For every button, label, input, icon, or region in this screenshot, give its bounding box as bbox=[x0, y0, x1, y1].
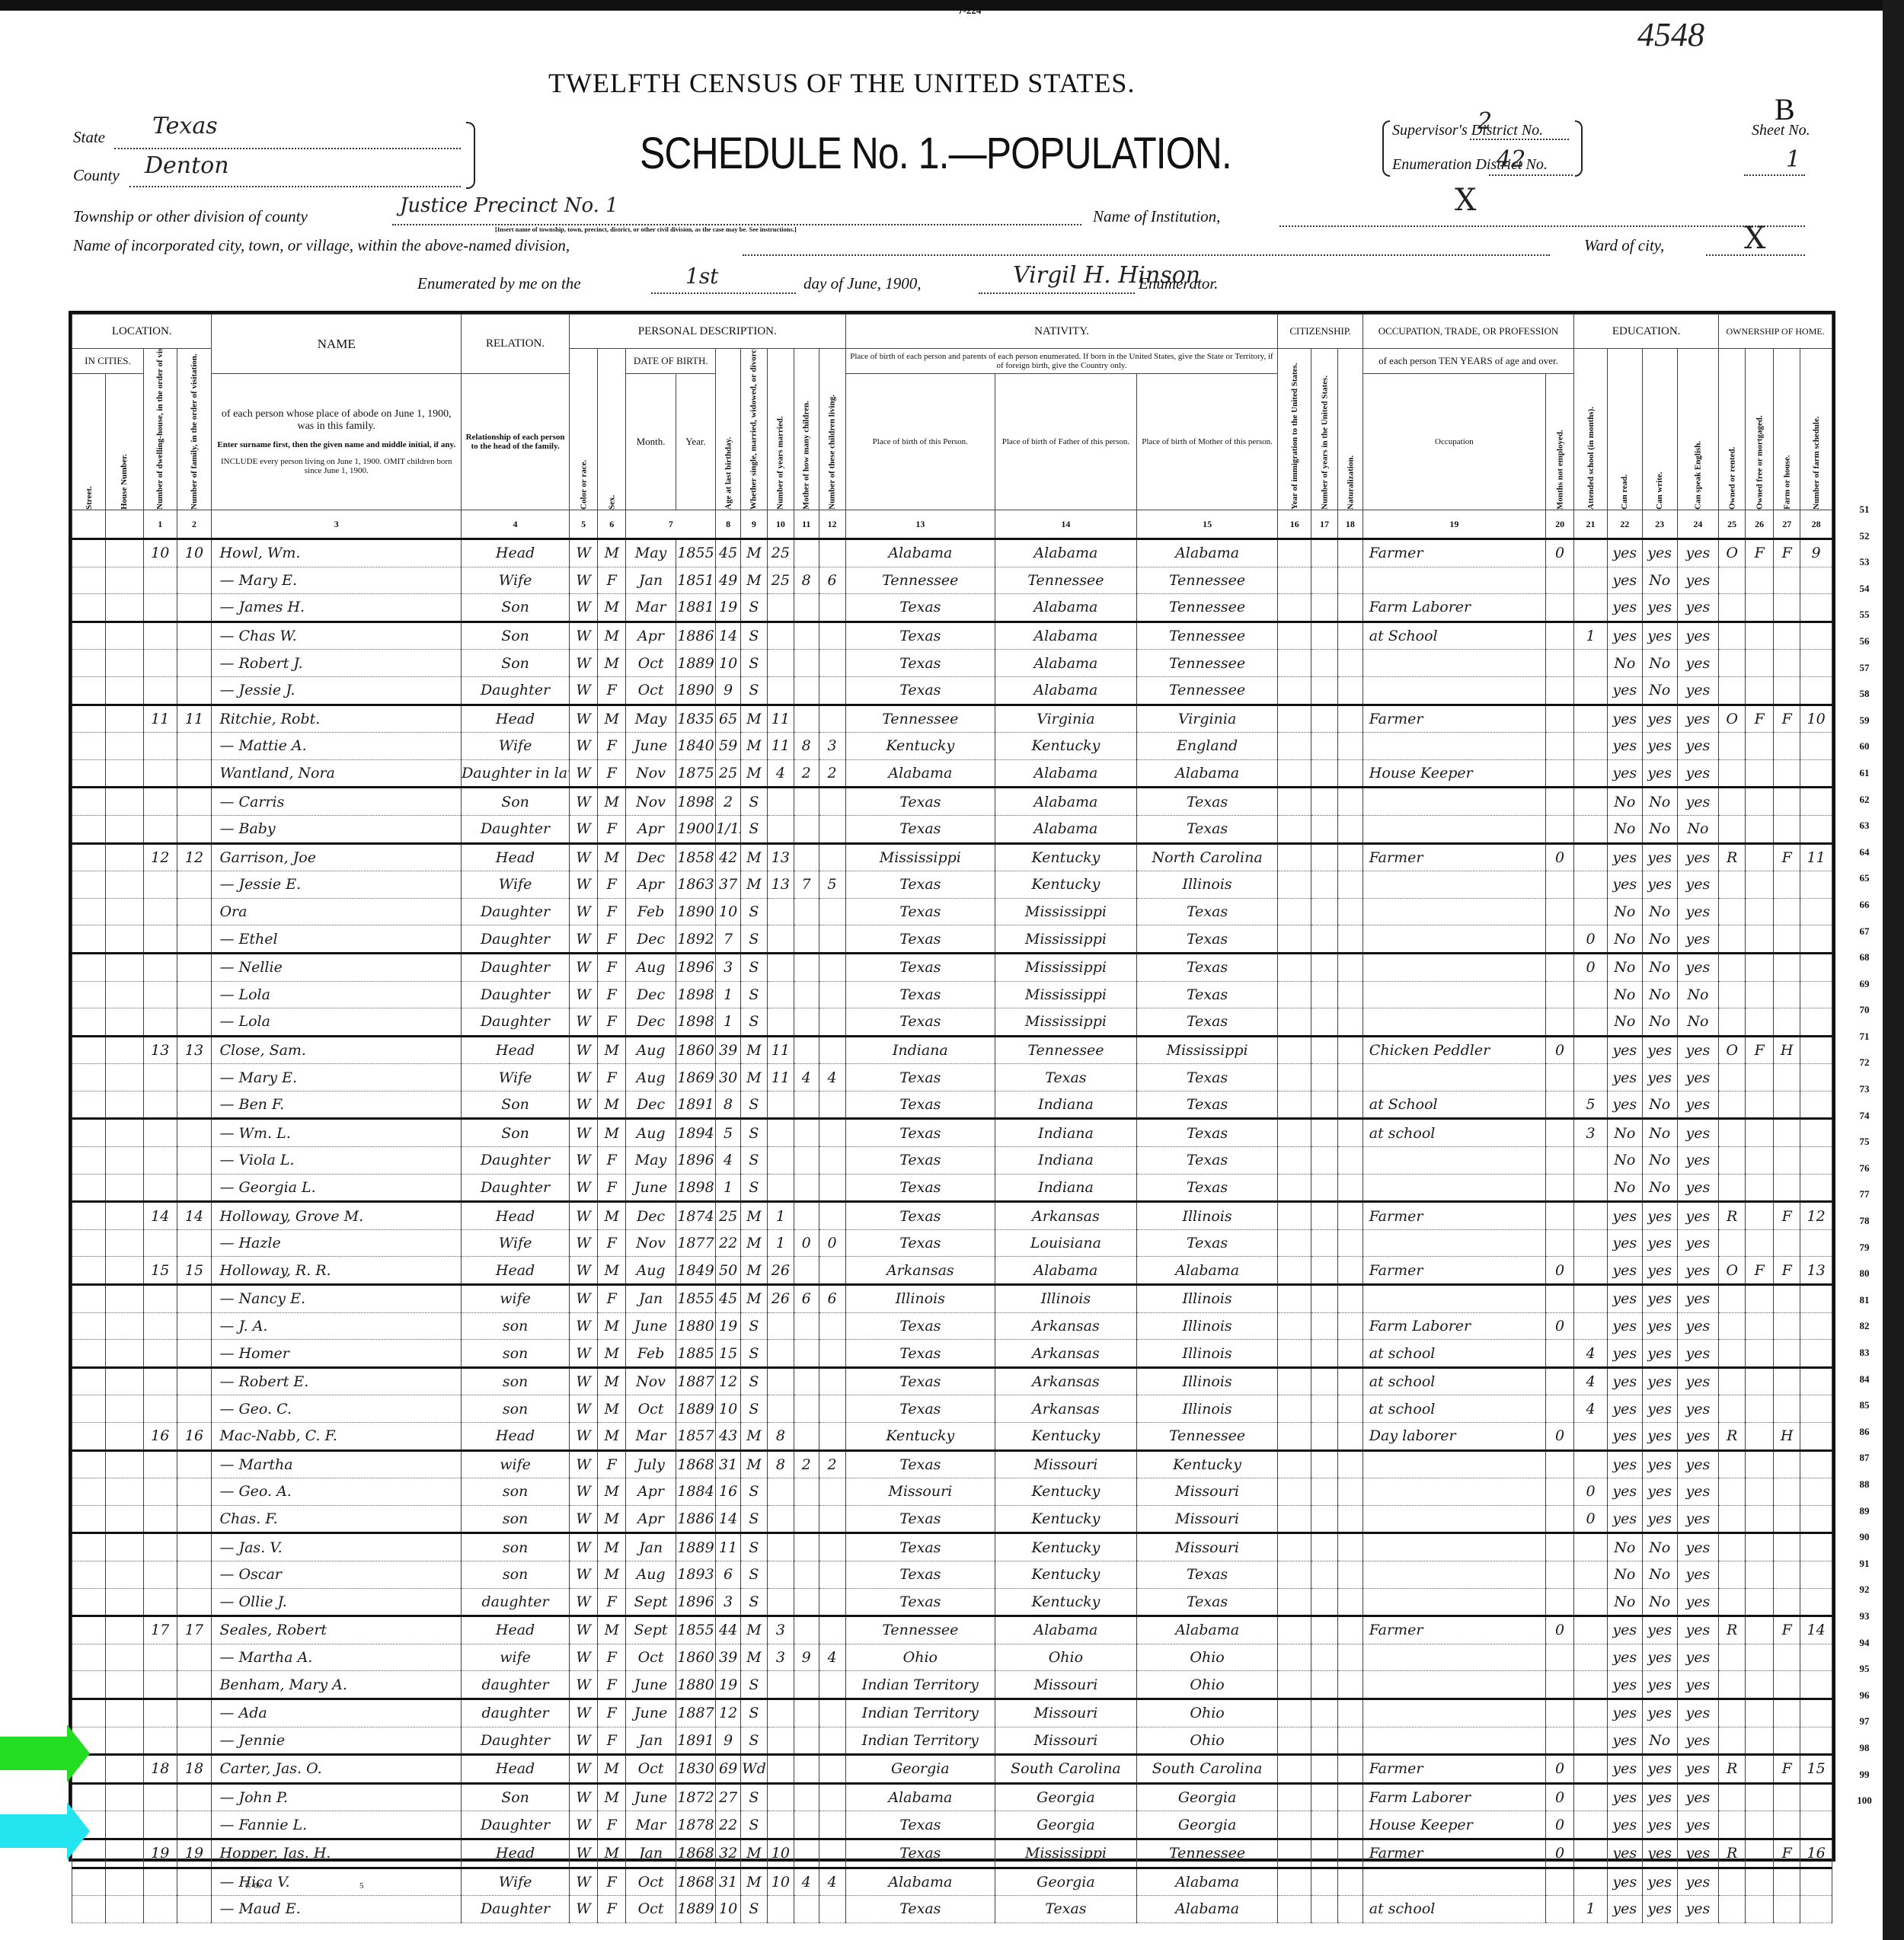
cell-birth-year: 1868 bbox=[676, 1839, 715, 1868]
table-row: — Viola L.DaughterWFMay18964STexasIndian… bbox=[72, 1147, 1832, 1175]
cell-children-living bbox=[819, 1091, 845, 1119]
cell-color-race: W bbox=[570, 1036, 598, 1064]
cell-empty bbox=[72, 1395, 106, 1423]
cell-birthplace-father: Alabama bbox=[995, 1257, 1137, 1285]
cell-sex: F bbox=[598, 1174, 626, 1202]
cell-years-married: 8 bbox=[767, 1423, 794, 1451]
cell-free-mortgaged bbox=[1746, 1727, 1774, 1755]
cell-empty bbox=[105, 1868, 143, 1896]
cell-age: 43 bbox=[716, 1423, 741, 1451]
cell-free-mortgaged bbox=[1746, 622, 1774, 650]
cell-birthplace-mother: Kentucky bbox=[1136, 1450, 1278, 1478]
cell-can-read: yes bbox=[1607, 1868, 1642, 1896]
cell-person-name: Howl, Wm. bbox=[212, 539, 462, 567]
cell-empty bbox=[105, 759, 143, 788]
cell-attended-school: 1 bbox=[1574, 1896, 1608, 1923]
cell-birthplace-father: Kentucky bbox=[995, 843, 1137, 871]
cell-owned-rented bbox=[1719, 953, 1746, 981]
cell-birthplace-person: Texas bbox=[845, 1839, 995, 1868]
cell-empty bbox=[1278, 1561, 1311, 1588]
cell-dwelling-number: 12 bbox=[143, 843, 177, 871]
table-row: 1717Seales, RobertHeadWMSept185544M3Tenn… bbox=[72, 1616, 1832, 1644]
cell-age: 39 bbox=[716, 1644, 741, 1671]
cell-months-not-employed bbox=[1546, 1008, 1574, 1037]
cell-farm-house: F bbox=[1774, 539, 1800, 567]
table-row: — OscarsonWMAug18936STexasKentuckyTexasN… bbox=[72, 1561, 1832, 1588]
cell-empty bbox=[1278, 1008, 1311, 1037]
line-number: 78 bbox=[1849, 1208, 1880, 1235]
cell-sex: F bbox=[598, 871, 626, 899]
cell-empty bbox=[72, 1505, 106, 1533]
cell-can-write: No bbox=[1642, 1533, 1677, 1561]
cell-farm-schedule-number bbox=[1800, 1811, 1832, 1839]
cell-birthplace-mother: Georgia bbox=[1136, 1811, 1278, 1839]
cell-free-mortgaged bbox=[1746, 1811, 1774, 1839]
table-row: — Georgia L.DaughterWFJune18981STexasInd… bbox=[72, 1174, 1832, 1202]
cell-color-race: W bbox=[570, 1367, 598, 1395]
cell-age: 10 bbox=[716, 1896, 741, 1923]
cell-empty bbox=[1338, 1395, 1363, 1423]
cell-relation: son bbox=[462, 1367, 570, 1395]
cell-relation: Wife bbox=[462, 1229, 570, 1257]
cell-person-name: Carter, Jas. O. bbox=[212, 1755, 462, 1784]
cell-empty bbox=[1338, 1036, 1363, 1064]
cell-relation: son bbox=[462, 1533, 570, 1561]
cell-age: 30 bbox=[716, 1064, 741, 1091]
cell-can-read: No bbox=[1607, 1533, 1642, 1561]
cell-mother-of-children bbox=[794, 1008, 819, 1037]
cell-free-mortgaged bbox=[1746, 1478, 1774, 1506]
cell-months-not-employed: 0 bbox=[1546, 1312, 1574, 1340]
cell-attended-school bbox=[1574, 843, 1608, 871]
cell-birth-month: Aug bbox=[626, 1064, 676, 1091]
colnum: 10 bbox=[767, 510, 794, 539]
cell-family-number bbox=[177, 815, 212, 843]
cell-dwelling-number: 11 bbox=[143, 705, 177, 733]
cell-can-speak-english: yes bbox=[1677, 1257, 1719, 1285]
colnum: 14 bbox=[995, 510, 1137, 539]
cell-marital-status: S bbox=[740, 1561, 767, 1588]
cell-can-write: yes bbox=[1642, 1367, 1677, 1395]
cell-empty bbox=[1338, 1147, 1363, 1175]
cell-birth-year: 1884 bbox=[676, 1478, 715, 1506]
cell-farm-house: H bbox=[1774, 1423, 1800, 1451]
cell-family-number bbox=[177, 1478, 212, 1506]
cell-birthplace-person: Texas bbox=[845, 953, 995, 981]
cell-color-race: W bbox=[570, 925, 598, 954]
cell-color-race: W bbox=[570, 1147, 598, 1175]
cell-birth-year: 1896 bbox=[676, 1588, 715, 1616]
cell-farm-house bbox=[1774, 1450, 1800, 1478]
cell-empty bbox=[1278, 1811, 1311, 1839]
cell-mother-of-children bbox=[794, 1478, 819, 1506]
cell-birth-year: 1891 bbox=[676, 1727, 715, 1755]
cell-birthplace-father: Texas bbox=[995, 1896, 1137, 1923]
cell-relation: Daughter bbox=[462, 1147, 570, 1175]
cell-years-married bbox=[767, 1896, 794, 1923]
cell-birthplace-mother: Illinois bbox=[1136, 871, 1278, 899]
cell-marital-status: M bbox=[740, 1450, 767, 1478]
cell-marital-status: M bbox=[740, 843, 767, 871]
cell-relation: Daughter bbox=[462, 1008, 570, 1037]
cell-empty bbox=[1278, 1755, 1311, 1784]
cell-empty bbox=[1278, 1727, 1311, 1755]
table-row: — Robert E.sonWMNov188712STexasArkansasI… bbox=[72, 1367, 1832, 1395]
cell-dwelling-number bbox=[143, 650, 177, 677]
cell-children-living bbox=[819, 1783, 845, 1811]
cell-birth-year: 1889 bbox=[676, 1896, 715, 1923]
enumerated-month-label: day of June, 1900, bbox=[803, 274, 922, 293]
cell-mother-of-children bbox=[794, 843, 819, 871]
cell-empty bbox=[72, 1671, 106, 1699]
cell-years-married bbox=[767, 1478, 794, 1506]
cell-relation: Head bbox=[462, 705, 570, 733]
cell-birth-month: June bbox=[626, 733, 676, 760]
cell-age: 10 bbox=[716, 1395, 741, 1423]
cell-empty bbox=[72, 759, 106, 788]
cell-farm-house bbox=[1774, 1395, 1800, 1423]
line-number: 72 bbox=[1849, 1050, 1880, 1076]
city-label: Name of incorporated city, town, or vill… bbox=[73, 236, 570, 255]
cell-dwelling-number bbox=[143, 1644, 177, 1671]
cell-person-name: — Ollie J. bbox=[212, 1588, 462, 1616]
cell-birth-month: May bbox=[626, 1147, 676, 1175]
cell-farm-house: F bbox=[1774, 1839, 1800, 1868]
cell-birthplace-father: Missouri bbox=[995, 1699, 1137, 1727]
cell-farm-house bbox=[1774, 1229, 1800, 1257]
cell-sex: F bbox=[598, 1229, 626, 1257]
cell-free-mortgaged bbox=[1746, 1202, 1774, 1230]
cell-empty bbox=[105, 1478, 143, 1506]
cell-birthplace-father: Mississippi bbox=[995, 1839, 1137, 1868]
cell-can-read: yes bbox=[1607, 1839, 1642, 1868]
cell-family-number bbox=[177, 953, 212, 981]
cell-birth-year: 1830 bbox=[676, 1755, 715, 1784]
cell-farm-house bbox=[1774, 1727, 1800, 1755]
cell-attended-school bbox=[1574, 1450, 1608, 1478]
cell-empty bbox=[105, 1755, 143, 1784]
cell-birthplace-father: Arkansas bbox=[995, 1395, 1137, 1423]
cell-mother-of-children bbox=[794, 676, 819, 705]
cell-empty bbox=[1311, 1257, 1338, 1285]
cell-can-read: yes bbox=[1607, 1395, 1642, 1423]
cell-dwelling-number bbox=[143, 981, 177, 1008]
cell-empty bbox=[1278, 1064, 1311, 1091]
cell-birthplace-person: Texas bbox=[845, 1896, 995, 1923]
cell-owned-rented bbox=[1719, 981, 1746, 1008]
cell-farm-schedule-number bbox=[1800, 1588, 1832, 1616]
cell-person-name: — Jas. V. bbox=[212, 1533, 462, 1561]
cell-age: 45 bbox=[716, 1285, 741, 1313]
cell-dwelling-number: 13 bbox=[143, 1036, 177, 1064]
cell-can-write: yes bbox=[1642, 1229, 1677, 1257]
cell-empty bbox=[1278, 1616, 1311, 1644]
cell-months-not-employed bbox=[1546, 953, 1574, 981]
cell-birthplace-person: Texas bbox=[845, 1174, 995, 1202]
table-row: — Geo. C.sonWMOct188910STexasArkansasIll… bbox=[72, 1395, 1832, 1423]
cell-color-race: W bbox=[570, 843, 598, 871]
cell-relation: Son bbox=[462, 622, 570, 650]
cell-sex: M bbox=[598, 1839, 626, 1868]
cell-mother-of-children bbox=[794, 1839, 819, 1868]
cell-birth-month: Dec bbox=[626, 843, 676, 871]
cell-person-name: — J. A. bbox=[212, 1312, 462, 1340]
cell-color-race: W bbox=[570, 1811, 598, 1839]
cell-attended-school bbox=[1574, 1174, 1608, 1202]
cell-empty bbox=[105, 622, 143, 650]
cell-age: 22 bbox=[716, 1229, 741, 1257]
cell-mother-of-children bbox=[794, 1312, 819, 1340]
cell-age: 1 bbox=[716, 981, 741, 1008]
cell-attended-school bbox=[1574, 815, 1608, 843]
cell-farm-house: F bbox=[1774, 1257, 1800, 1285]
cell-empty bbox=[72, 871, 106, 899]
cell-occupation: Farm Laborer bbox=[1363, 1312, 1545, 1340]
cell-birth-month: Oct bbox=[626, 1868, 676, 1896]
cell-can-read: No bbox=[1607, 1147, 1642, 1175]
cell-dwelling-number bbox=[143, 788, 177, 816]
cell-free-mortgaged bbox=[1746, 1839, 1774, 1868]
cell-children-living bbox=[819, 1755, 845, 1784]
cell-color-race: W bbox=[570, 1312, 598, 1340]
cell-months-not-employed bbox=[1546, 1395, 1574, 1423]
cell-color-race: W bbox=[570, 1644, 598, 1671]
cell-person-name: — Hazle bbox=[212, 1229, 462, 1257]
cell-birth-year: 1890 bbox=[676, 898, 715, 925]
enumerated-label: Enumerated by me on the bbox=[417, 274, 581, 293]
cell-marital-status: M bbox=[740, 1036, 767, 1064]
cell-age: 4 bbox=[716, 1147, 741, 1175]
cell-empty bbox=[1278, 843, 1311, 871]
cell-person-name: — Geo. C. bbox=[212, 1395, 462, 1423]
cell-dwelling-number: 17 bbox=[143, 1616, 177, 1644]
name-include-note: INCLUDE every person living on June 1, 1… bbox=[215, 457, 458, 475]
cell-children-living bbox=[819, 1257, 845, 1285]
cell-empty bbox=[105, 676, 143, 705]
cell-color-race: W bbox=[570, 1423, 598, 1451]
cell-birthplace-mother: South Carolina bbox=[1136, 1755, 1278, 1784]
col-age: Age at last birthday. bbox=[716, 349, 741, 510]
cell-color-race: W bbox=[570, 1588, 598, 1616]
cell-birth-year: 1892 bbox=[676, 925, 715, 954]
cell-birthplace-mother: Tennessee bbox=[1136, 622, 1278, 650]
cell-owned-rented bbox=[1719, 1340, 1746, 1368]
cell-mother-of-children: 7 bbox=[794, 871, 819, 899]
cell-birthplace-father: Virginia bbox=[995, 705, 1137, 733]
cell-empty bbox=[72, 1202, 106, 1230]
cell-relation: Daughter bbox=[462, 676, 570, 705]
cell-relation: Son bbox=[462, 1091, 570, 1119]
cell-birthplace-father: Missouri bbox=[995, 1671, 1137, 1699]
line-number: 68 bbox=[1849, 944, 1880, 971]
cell-farm-schedule-number bbox=[1800, 676, 1832, 705]
cell-dwelling-number bbox=[143, 1811, 177, 1839]
cell-sex: M bbox=[598, 1505, 626, 1533]
supervisor-district-value: 2 bbox=[1478, 108, 1492, 135]
cell-occupation bbox=[1363, 1671, 1545, 1699]
cell-age: 1 bbox=[716, 1174, 741, 1202]
cell-empty bbox=[1338, 1616, 1363, 1644]
cell-empty bbox=[1338, 1533, 1363, 1561]
cell-birth-month: Mar bbox=[626, 594, 676, 622]
cell-empty bbox=[1311, 1505, 1338, 1533]
cell-occupation bbox=[1363, 1008, 1545, 1037]
cell-owned-rented bbox=[1719, 1119, 1746, 1147]
cell-empty bbox=[105, 1839, 143, 1868]
cell-farm-schedule-number bbox=[1800, 1312, 1832, 1340]
cell-empty bbox=[1338, 843, 1363, 871]
cell-free-mortgaged bbox=[1746, 815, 1774, 843]
cell-farm-schedule-number bbox=[1800, 1868, 1832, 1896]
cell-sex: M bbox=[598, 622, 626, 650]
cell-relation: wife bbox=[462, 1644, 570, 1671]
cell-relation: Son bbox=[462, 1119, 570, 1147]
cell-birthplace-father: Arkansas bbox=[995, 1340, 1137, 1368]
cell-color-race: W bbox=[570, 733, 598, 760]
cell-attended-school bbox=[1574, 871, 1608, 899]
occupation-description: of each person TEN YEARS of age and over… bbox=[1363, 349, 1573, 374]
cell-empty bbox=[105, 953, 143, 981]
cell-attended-school bbox=[1574, 676, 1608, 705]
cell-color-race: W bbox=[570, 1699, 598, 1727]
cell-birthplace-father: Missouri bbox=[995, 1450, 1137, 1478]
cell-empty bbox=[1311, 539, 1338, 567]
cell-sex: F bbox=[598, 815, 626, 843]
cell-can-read: yes bbox=[1607, 871, 1642, 899]
cell-can-write: yes bbox=[1642, 1064, 1677, 1091]
cell-relation: Head bbox=[462, 1616, 570, 1644]
line-number: 86 bbox=[1849, 1419, 1880, 1446]
section-education: EDUCATION. bbox=[1574, 315, 1719, 349]
cell-farm-house bbox=[1774, 925, 1800, 954]
cell-age: 31 bbox=[716, 1450, 741, 1478]
line-number: 82 bbox=[1849, 1313, 1880, 1340]
cell-empty bbox=[72, 1008, 106, 1037]
cell-occupation bbox=[1363, 1727, 1545, 1755]
cell-can-write: No bbox=[1642, 1147, 1677, 1175]
nativity-description: Place of birth of each person and parent… bbox=[845, 349, 1278, 374]
cell-marital-status: M bbox=[740, 1423, 767, 1451]
cell-attended-school bbox=[1574, 567, 1608, 594]
cell-family-number bbox=[177, 1671, 212, 1699]
cell-birthplace-father: Illinois bbox=[995, 1285, 1137, 1313]
cell-birthplace-person: Tennessee bbox=[845, 567, 995, 594]
cell-years-married bbox=[767, 1395, 794, 1423]
cell-color-race: W bbox=[570, 1202, 598, 1230]
cell-empty bbox=[105, 1671, 143, 1699]
cell-marital-status: S bbox=[740, 1533, 767, 1561]
cell-months-not-employed bbox=[1546, 1588, 1574, 1616]
cell-age: 3 bbox=[716, 953, 741, 981]
cell-can-read: yes bbox=[1607, 1505, 1642, 1533]
census-title: TWELFTH CENSUS OF THE UNITED STATES. bbox=[548, 67, 1135, 99]
cell-relation: Head bbox=[462, 1036, 570, 1064]
cell-birthplace-mother: Virginia bbox=[1136, 705, 1278, 733]
cell-empty bbox=[72, 622, 106, 650]
cell-age: 6 bbox=[716, 1561, 741, 1588]
line-number: 62 bbox=[1849, 787, 1880, 813]
schedule-title: SCHEDULE No. 1.—POPULATION. bbox=[640, 128, 1232, 179]
cell-free-mortgaged bbox=[1746, 1616, 1774, 1644]
table-row: — James H.SonWMMar188119STexasAlabamaTen… bbox=[72, 594, 1832, 622]
cell-birth-year: 1886 bbox=[676, 1505, 715, 1533]
cell-mother-of-children bbox=[794, 1727, 819, 1755]
cell-empty bbox=[105, 788, 143, 816]
cell-farm-schedule-number bbox=[1800, 1644, 1832, 1671]
cell-age: 15 bbox=[716, 1340, 741, 1368]
cell-owned-rented bbox=[1719, 925, 1746, 954]
cell-mother-of-children: 8 bbox=[794, 567, 819, 594]
cell-can-write: No bbox=[1642, 1119, 1677, 1147]
cell-birthplace-person: Texas bbox=[845, 1811, 995, 1839]
cell-color-race: W bbox=[570, 1450, 598, 1478]
cell-birth-year: 1887 bbox=[676, 1699, 715, 1727]
cell-occupation: Chicken Peddler bbox=[1363, 1036, 1545, 1064]
cell-months-not-employed bbox=[1546, 1147, 1574, 1175]
cell-dwelling-number bbox=[143, 1312, 177, 1340]
cell-person-name: — Ada bbox=[212, 1699, 462, 1727]
cell-person-name: Ritchie, Robt. bbox=[212, 705, 462, 733]
cell-empty bbox=[1278, 1119, 1311, 1147]
cell-empty bbox=[1338, 1091, 1363, 1119]
col-farm-schedule: Number of farm schedule. bbox=[1800, 349, 1832, 510]
cell-dwelling-number bbox=[143, 1561, 177, 1588]
cell-attended-school: 4 bbox=[1574, 1340, 1608, 1368]
cell-age: 42 bbox=[716, 843, 741, 871]
cell-birthplace-person: Kentucky bbox=[845, 1423, 995, 1451]
cell-owned-rented bbox=[1719, 1091, 1746, 1119]
cell-color-race: W bbox=[570, 898, 598, 925]
col-naturalization: Naturalization. bbox=[1338, 349, 1363, 510]
cell-attended-school bbox=[1574, 1064, 1608, 1091]
cell-can-write: yes bbox=[1642, 1285, 1677, 1313]
cell-age: 50 bbox=[716, 1257, 741, 1285]
cell-can-write: No bbox=[1642, 650, 1677, 677]
col-sex: Sex. bbox=[598, 349, 626, 510]
cell-children-living bbox=[819, 1174, 845, 1202]
cell-family-number bbox=[177, 1896, 212, 1923]
cell-empty bbox=[1311, 1312, 1338, 1340]
cell-years-married bbox=[767, 1367, 794, 1395]
cell-can-read: yes bbox=[1607, 1699, 1642, 1727]
cell-birth-month: Aug bbox=[626, 953, 676, 981]
cell-can-speak-english: yes bbox=[1677, 539, 1719, 567]
institution-label: Name of Institution, bbox=[1093, 207, 1220, 226]
line-number: 93 bbox=[1849, 1603, 1880, 1630]
cell-attended-school bbox=[1574, 1312, 1608, 1340]
cell-family-number bbox=[177, 1783, 212, 1811]
cell-farm-schedule-number bbox=[1800, 815, 1832, 843]
cell-occupation bbox=[1363, 898, 1545, 925]
cell-dwelling-number: 16 bbox=[143, 1423, 177, 1451]
cell-birth-year: 1894 bbox=[676, 1119, 715, 1147]
cell-children-living bbox=[819, 788, 845, 816]
cell-can-read: yes bbox=[1607, 1367, 1642, 1395]
cell-sex: F bbox=[598, 925, 626, 954]
enumeration-district-value: 42 bbox=[1497, 146, 1525, 173]
cell-months-not-employed bbox=[1546, 1727, 1574, 1755]
cell-mother-of-children bbox=[794, 650, 819, 677]
cell-birthplace-father: Alabama bbox=[995, 815, 1137, 843]
cell-color-race: W bbox=[570, 1174, 598, 1202]
cell-owned-rented bbox=[1719, 1478, 1746, 1506]
cell-years-married bbox=[767, 650, 794, 677]
colnum: 12 bbox=[819, 510, 845, 539]
cell-sex: M bbox=[598, 1755, 626, 1784]
cell-years-married bbox=[767, 1671, 794, 1699]
cell-relation: Daughter bbox=[462, 1174, 570, 1202]
cell-owned-rented bbox=[1719, 567, 1746, 594]
